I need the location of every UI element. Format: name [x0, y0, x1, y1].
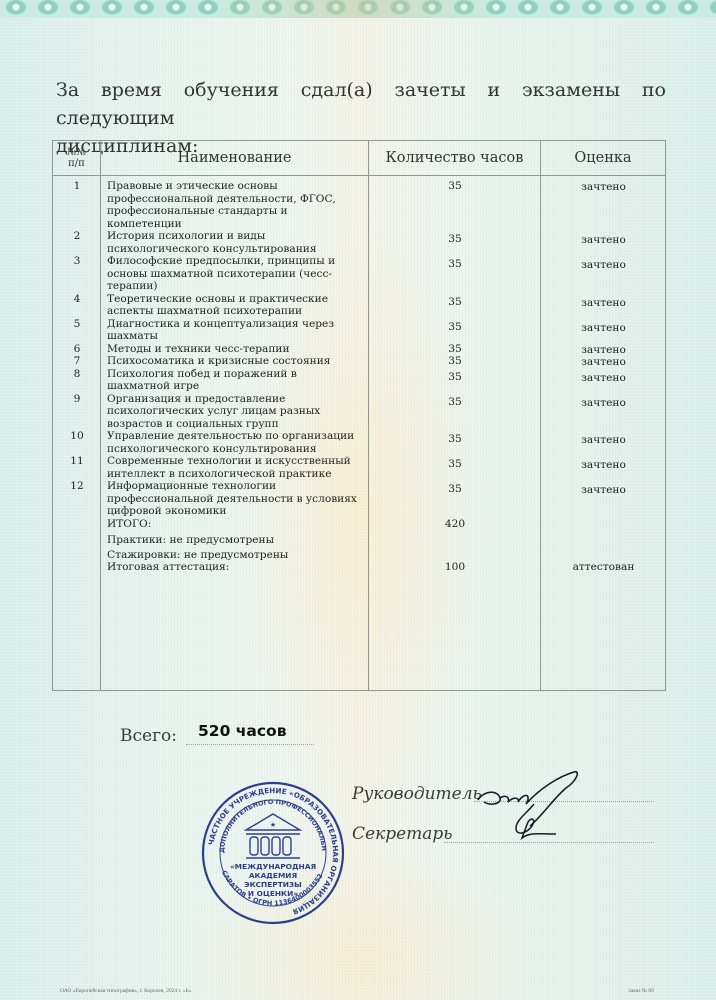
- row-number: 7: [53, 355, 101, 368]
- row-hours: 35: [369, 258, 541, 271]
- row-name-line: шахматы: [107, 330, 369, 343]
- row-name: Философские предпосылки, принципы иоснов…: [101, 255, 369, 293]
- svg-text:★: ★: [270, 821, 276, 829]
- handwritten-signatures: [470, 768, 600, 848]
- row-hours: 35: [369, 355, 541, 368]
- row-name: Диагностика и концептуализация черезшахм…: [101, 318, 369, 343]
- row-hours: 35: [369, 180, 541, 193]
- row-name: Психология побед и поражений вшахматной …: [101, 368, 369, 393]
- row-name-line: Методы и техники чесс-терапии: [107, 343, 369, 356]
- row-name-line: Информационные технологии: [107, 480, 369, 493]
- row-name-line: профессиональные стандарты и: [107, 205, 369, 218]
- row-hours: 35: [369, 296, 541, 309]
- row-grade: зачтено: [541, 259, 666, 272]
- row-name-line: интеллект в психологической практике: [107, 468, 369, 481]
- row-number: 10: [53, 430, 101, 443]
- header-grade: Оценка: [541, 141, 666, 176]
- row-grade: зачтено: [541, 434, 666, 447]
- row-name: Информационные технологиипрофессионально…: [101, 480, 369, 518]
- row-hours: 35: [369, 433, 541, 446]
- total-underline: [186, 744, 314, 745]
- row-number: 6: [53, 343, 101, 356]
- row-name-line: Психология побед и поражений в: [107, 368, 369, 381]
- row-hours: 35: [369, 321, 541, 334]
- row-name-line: Управление деятельностью по организации: [107, 430, 369, 443]
- row-name-line: психологического консультирования: [107, 443, 369, 456]
- row-name: Управление деятельностью по организациип…: [101, 430, 369, 455]
- practice-text: Практики: не предусмотрены: [101, 534, 369, 547]
- row-name-line: цифровой экономики: [107, 505, 369, 518]
- name-column: Правовые и этические основыпрофессиональ…: [101, 176, 369, 691]
- row-hours: 35: [369, 396, 541, 409]
- stamp-center-line-1: «МЕЖДУНАРОДНАЯ: [230, 862, 317, 871]
- printer-info: ОАО «Европейская типография», г. Королев…: [60, 988, 192, 994]
- row-grade: зачтено: [541, 322, 666, 335]
- row-name: Правовые и этические основыпрофессиональ…: [101, 180, 369, 230]
- row-number: 8: [53, 368, 101, 381]
- row-name: Психосоматика и кризисные состояния: [101, 355, 369, 368]
- heading-line-1: За время обучения сдал(а) зачеты и экзам…: [56, 76, 666, 132]
- row-number: 3: [53, 255, 101, 268]
- grade-column: зачтенозачтенозачтенозачтенозачтенозачте…: [541, 176, 666, 691]
- row-name-line: основы шахматной психотерапии (чесс-: [107, 268, 369, 281]
- row-grade: зачтено: [541, 181, 666, 194]
- row-grade: зачтено: [541, 234, 666, 247]
- row-grade: зачтено: [541, 459, 666, 472]
- row-number: 12: [53, 480, 101, 493]
- row-name-line: аспекты шахматной психотерапии: [107, 305, 369, 318]
- header-number-line1: №№: [53, 147, 100, 158]
- final-attestation-label: Итоговая аттестация:: [101, 561, 369, 574]
- row-grade: зачтено: [541, 484, 666, 497]
- stamp-center-line-4: И ОЦЕНКИ»: [248, 889, 298, 898]
- header-name: Наименование: [101, 141, 369, 176]
- row-hours: 35: [369, 458, 541, 471]
- row-name-line: Психосоматика и кризисные состояния: [107, 355, 369, 368]
- row-grade: зачтено: [541, 372, 666, 385]
- row-number: 9: [53, 393, 101, 406]
- row-name-line: Организация и предоставление: [107, 393, 369, 406]
- row-number: 1: [53, 180, 101, 193]
- hours-column: 353535353535353535353535420100: [369, 176, 541, 691]
- organization-stamp: ЧАСТНОЕ УЧРЕЖДЕНИЕ «ОБРАЗОВАТЕЛЬНАЯ ОРГА…: [200, 780, 346, 926]
- row-name-line: возрастов и социальных групп: [107, 418, 369, 431]
- row-name: Методы и техники чесс-терапии: [101, 343, 369, 356]
- table-header-row: №№ п/п Наименование Количество часов Оце…: [53, 141, 666, 176]
- row-grade: зачтено: [541, 397, 666, 410]
- row-name-line: Философские предпосылки, принципы и: [107, 255, 369, 268]
- row-hours: 35: [369, 233, 541, 246]
- header-hours: Количество часов: [369, 141, 541, 176]
- total-row-label: ИТОГО:: [101, 518, 369, 531]
- row-name-line: Современные технологии и искусственный: [107, 455, 369, 468]
- header-number-line2: п/п: [53, 158, 100, 169]
- final-attestation-hours: 100: [369, 561, 541, 574]
- row-name-line: Диагностика и концептуализация через: [107, 318, 369, 331]
- row-grade: зачтено: [541, 356, 666, 369]
- row-number: 5: [53, 318, 101, 331]
- final-attestation-grade: аттестован: [541, 561, 666, 574]
- internship-text: Стажировки: не предусмотрены: [101, 549, 369, 562]
- order-number: Заказ № 69: [628, 988, 654, 994]
- row-name-line: шахматной игре: [107, 380, 369, 393]
- row-number: 11: [53, 455, 101, 468]
- row-hours: 35: [369, 371, 541, 384]
- number-column: 123456789101112: [53, 176, 101, 691]
- stamp-center-line-3: ЭКСПЕРТИЗЫ: [244, 880, 302, 889]
- row-name-line: терапии): [107, 280, 369, 293]
- row-number: 2: [53, 230, 101, 243]
- disciplines-table: №№ п/п Наименование Количество часов Оце…: [52, 140, 666, 691]
- row-name: История психологии и видыпсихологическог…: [101, 230, 369, 255]
- row-hours: 35: [369, 483, 541, 496]
- row-number: 4: [53, 293, 101, 306]
- secretary-signature-label: Секретарь: [352, 824, 453, 844]
- row-name-line: профессиональной деятельности, ФГОС,: [107, 193, 369, 206]
- row-grade: зачтено: [541, 297, 666, 310]
- stamp-center-line-2: АКАДЕМИЯ: [249, 871, 298, 880]
- row-name-line: Правовые и этические основы: [107, 180, 369, 193]
- row-name-line: История психологии и виды: [107, 230, 369, 243]
- row-name: Теоретические основы и практическиеаспек…: [101, 293, 369, 318]
- row-grade: зачтено: [541, 344, 666, 357]
- row-name-line: профессиональной деятельности в условиях: [107, 493, 369, 506]
- total-row-hours: 420: [369, 518, 541, 531]
- total-value: 520 часов: [198, 722, 287, 740]
- row-hours: 35: [369, 343, 541, 356]
- header-number: №№ п/п: [53, 141, 101, 176]
- total-label: Всего:: [120, 726, 177, 746]
- row-name-line: Теоретические основы и практические: [107, 293, 369, 306]
- decorative-top-border: [0, 0, 716, 18]
- row-name-line: психологического консультирования: [107, 243, 369, 256]
- row-name-line: психологических услуг лицам разных: [107, 405, 369, 418]
- row-name-line: компетенции: [107, 218, 369, 231]
- row-name: Современные технологии и искусственныйин…: [101, 455, 369, 480]
- head-signature-label: Руководитель: [352, 784, 482, 804]
- row-name: Организация и предоставлениепсихологичес…: [101, 393, 369, 431]
